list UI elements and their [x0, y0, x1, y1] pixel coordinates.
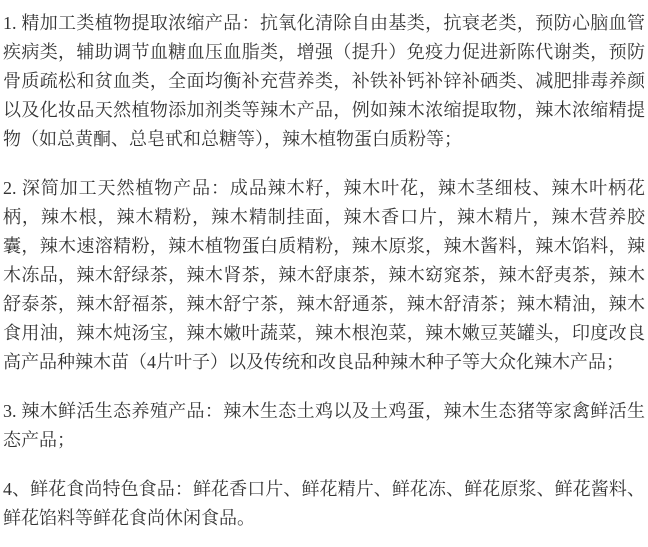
paragraph-1-refined-plant-extract-products: 1. 精加工类植物提取浓缩产品：抗氧化清除自由基类，抗衰老类，预防心脑血管疾病类… [3, 9, 645, 154]
paragraph-3-fresh-eco-farming-products: 3. 辣木鲜活生态养殖产品：辣木生态土鸡以及土鸡蛋，辣木生态猪等家禽鲜活生态产品… [3, 397, 645, 455]
paragraph-2-deep-simple-processed-plant-products: 2. 深简加工天然植物产品：成品辣木籽，辣木叶花，辣木茎细枝、辣木叶柄花柄，辣木… [3, 174, 645, 377]
document-body: 1. 精加工类植物提取浓缩产品：抗氧化清除自由基类，抗衰老类，预防心脑血管疾病类… [0, 0, 648, 547]
paragraph-4-flower-specialty-foods: 4、鲜花食尚特色食品：鲜花香口片、鲜花精片、鲜花冻、鲜花原浆、鲜花酱料、鲜花馅料… [3, 475, 645, 533]
